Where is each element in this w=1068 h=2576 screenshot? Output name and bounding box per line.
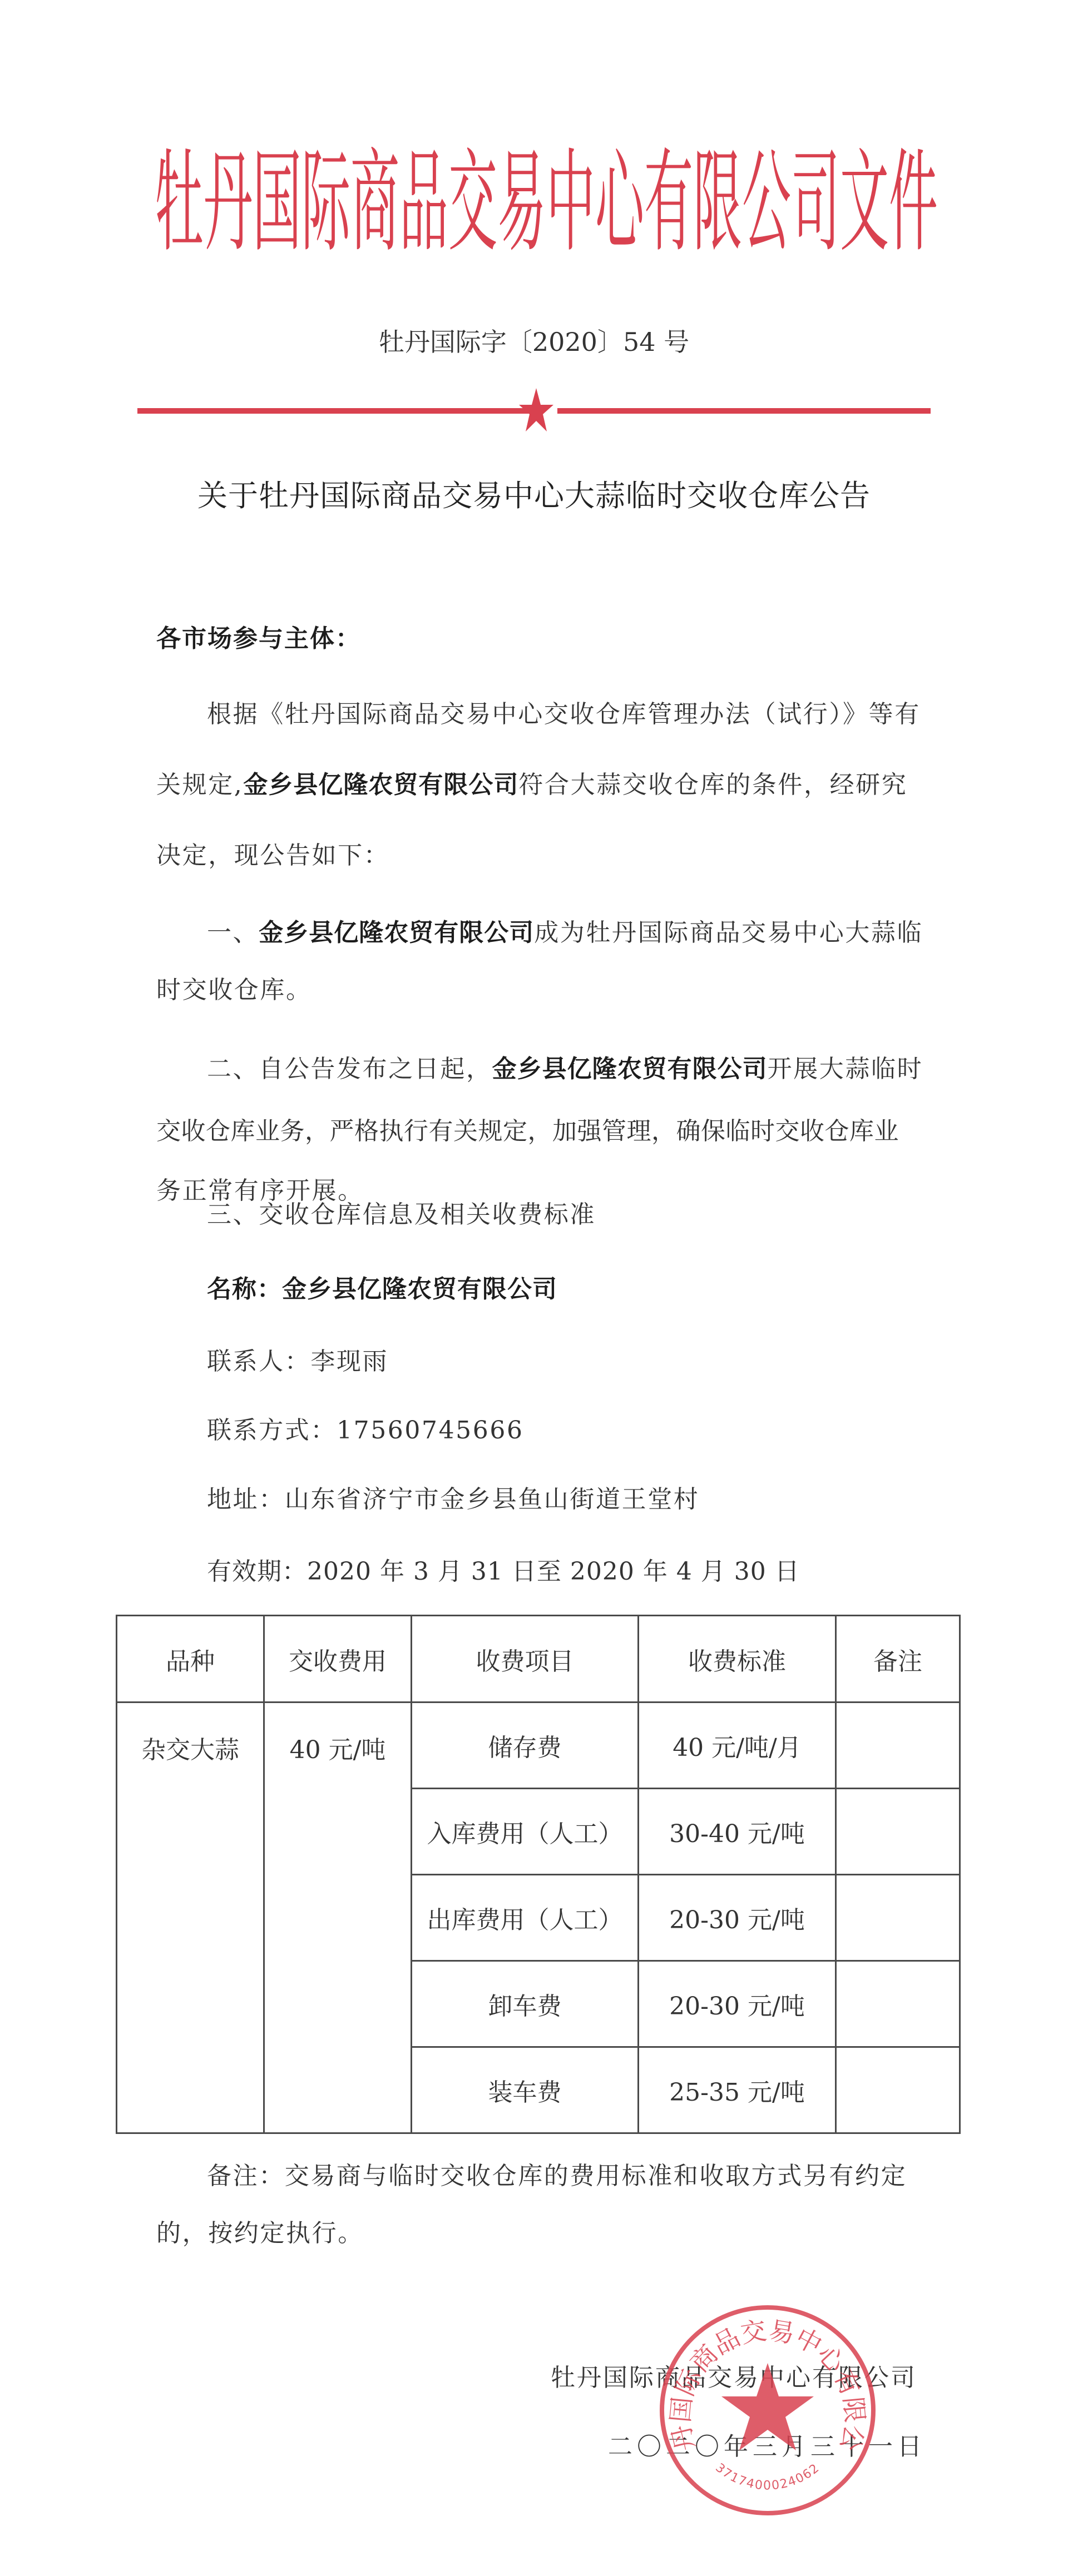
item-number: 一、 xyxy=(207,919,259,947)
name-value: 金乡县亿隆农贸有限公司 xyxy=(282,1275,557,1303)
variety-cell: 杂交大蒜 xyxy=(117,1703,264,2133)
remark-cell xyxy=(836,1789,960,1875)
paragraph-1-line-3: 决定，现公告如下： xyxy=(156,842,918,870)
phone-value: 17560745666 xyxy=(337,1416,524,1445)
item-3-heading: 三、交收仓库信息及相关收费标准 xyxy=(207,1201,969,1229)
fee-table: 品种 交收费用 收费项目 收费标准 备注 杂交大蒜 40 元/吨 储存费 40 … xyxy=(116,1615,961,2134)
phone-label: 联系方式： xyxy=(207,1416,337,1445)
fee-standard-cell: 40 元/吨/月 xyxy=(639,1703,836,1789)
remark-cell xyxy=(836,1703,960,1789)
document-header-title: 牡丹国际商品交易中心有限公司文件 xyxy=(155,142,930,264)
document-number: 牡丹国际字〔2020〕54 号 xyxy=(0,328,1068,356)
remark-cell xyxy=(836,2047,960,2133)
warehouse-address: 地址：山东省济宁市金乡县鱼山街道王堂村 xyxy=(207,1486,969,1513)
address-value: 山东省济宁市金乡县鱼山街道王堂村 xyxy=(285,1485,700,1513)
announcement-title: 关于牡丹国际商品交易中心大蒜临时交收仓库公告 xyxy=(0,479,1068,513)
salutation: 各市场参与主体： xyxy=(156,625,918,653)
column-header: 品种 xyxy=(117,1616,264,1703)
text: 开展大蒜临时 xyxy=(768,1055,923,1083)
validity-label: 有效期： xyxy=(207,1557,307,1586)
delivery-fee-cell: 40 元/吨 xyxy=(264,1703,412,2133)
column-header: 备注 xyxy=(836,1616,960,1703)
note-line-2: 的，按约定执行。 xyxy=(156,2220,918,2247)
text: 成为牡丹国际商品交易中心大蒜临 xyxy=(534,919,923,947)
column-header: 收费项目 xyxy=(412,1616,639,1703)
address-label: 地址： xyxy=(207,1485,285,1513)
fee-item-cell: 入库费用（人工） xyxy=(412,1789,639,1875)
fee-item-cell: 储存费 xyxy=(412,1703,639,1789)
svg-text:3717400024062: 3717400024062 xyxy=(713,2461,822,2493)
paragraph-1-line-2: 关规定,金乡县亿隆农贸有限公司符合大蒜交收仓库的条件，经研究 xyxy=(156,771,918,799)
red-rule-left xyxy=(137,408,532,414)
contact-value: 李现雨 xyxy=(310,1347,388,1376)
note-line-1: 备注：交易商与临时交收仓库的费用标准和收取方式另有约定 xyxy=(207,2162,969,2190)
table-header-row: 品种 交收费用 收费项目 收费标准 备注 xyxy=(117,1616,960,1703)
text: 关规定, xyxy=(156,771,243,799)
name-label: 名称： xyxy=(207,1275,282,1303)
fee-standard-cell: 30-40 元/吨 xyxy=(639,1789,836,1875)
text: 符合大蒜交收仓库的条件，经研究 xyxy=(518,771,907,799)
remark-cell xyxy=(836,1961,960,2047)
item-1-line-1: 一、金乡县亿隆农贸有限公司成为牡丹国际商品交易中心大蒜临 xyxy=(207,919,969,947)
company-name: 金乡县亿隆农贸有限公司 xyxy=(492,1055,768,1083)
remark-cell xyxy=(836,1875,960,1961)
official-seal-icon: 牡丹国际商品交易中心有限公司 3717400024062 xyxy=(656,2302,879,2519)
column-header: 收费标准 xyxy=(639,1616,836,1703)
fee-standard-cell: 25-35 元/吨 xyxy=(639,2047,836,2133)
column-header: 交收费用 xyxy=(264,1616,412,1703)
paragraph-1-line-1: 根据《牡丹国际商品交易中心交收仓库管理办法（试行）》等有 xyxy=(207,701,969,728)
item-2-line-1: 二、自公告发布之日起，金乡县亿隆农贸有限公司开展大蒜临时 xyxy=(207,1055,969,1083)
contact-label: 联系人： xyxy=(207,1347,310,1376)
item-2-line-2: 交收仓库业务，严格执行有关规定，加强管理，确保临时交收仓库业 xyxy=(156,1118,918,1145)
warehouse-phone: 联系方式：17560745666 xyxy=(207,1417,969,1445)
company-name: 金乡县亿隆农贸有限公司 xyxy=(243,771,518,799)
text: 二、自公告发布之日起， xyxy=(207,1055,492,1083)
star-icon xyxy=(519,388,553,431)
company-name: 金乡县亿隆农贸有限公司 xyxy=(259,919,534,947)
fee-standard-cell: 20-30 元/吨 xyxy=(639,1961,836,2047)
warehouse-contact: 联系人：李现雨 xyxy=(207,1348,969,1376)
fee-item-cell: 装车费 xyxy=(412,2047,639,2133)
red-rule-right xyxy=(557,408,931,414)
warehouse-name: 名称：金乡县亿隆农贸有限公司 xyxy=(207,1275,969,1303)
fee-item-cell: 卸车费 xyxy=(412,1961,639,2047)
org-title-text: 牡丹国际商品交易中心有限公司文件 xyxy=(155,142,938,264)
warehouse-validity: 有效期：2020 年 3 月 31 日至 2020 年 4 月 30 日 xyxy=(207,1558,969,1586)
validity-value: 2020 年 3 月 31 日至 2020 年 4 月 30 日 xyxy=(307,1557,800,1586)
table-row: 杂交大蒜 40 元/吨 储存费 40 元/吨/月 xyxy=(117,1703,960,1789)
seal-code: 3717400024062 xyxy=(713,2461,822,2493)
item-1-line-2: 时交收仓库。 xyxy=(156,976,918,1004)
fee-standard-cell: 20-30 元/吨 xyxy=(639,1875,836,1961)
fee-item-cell: 出库费用（人工） xyxy=(412,1875,639,1961)
